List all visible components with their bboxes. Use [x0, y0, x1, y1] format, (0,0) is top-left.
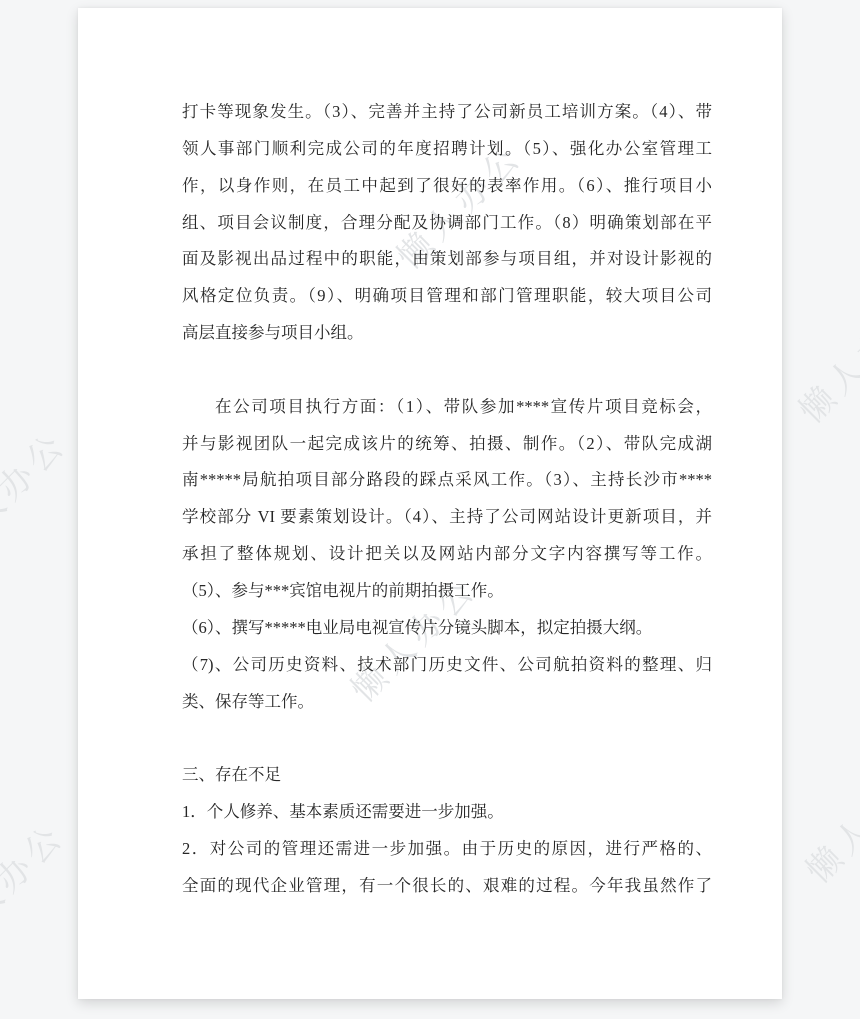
document-content: 打卡等现象发生。（3）、完善并主持了公司新员工培训方案。（4）、带领人事部门顺利…: [182, 94, 712, 905]
document-line: 在公司项目执行方面：（1）、带队参加****宣传片项目竞标会，: [182, 389, 712, 426]
document-line: 面及影视出品过程中的职能，由策划部参与项目组，并对设计影视的: [182, 241, 712, 278]
document-line: 承担了整体规划、设计把关以及网站内部分文字内容撰写等工作。: [182, 536, 712, 573]
watermark: 懒人办公: [0, 418, 76, 566]
document-viewer-background: 懒人办公 懒人办公 懒人办公 懒人办公 懒人办公 懒人办公 打卡等现象发生。（3…: [0, 0, 860, 1019]
document-line: 打卡等现象发生。（3）、完善并主持了公司新员工培训方案。（4）、带: [182, 94, 712, 131]
document-line: 领人事部门顺利完成公司的年度招聘计划。（5）、强化办公室管理工: [182, 131, 712, 168]
document-line: 三、存在不足: [182, 757, 712, 794]
document-line: （6）、撰写*****电业局电视宣传片分镜头脚本，拟定拍摄大纲。: [182, 610, 712, 647]
blank-line: [182, 352, 712, 389]
document-line: 南*****局航拍项目部分路段的踩点采风工作。（3）、主持长沙市****: [182, 462, 712, 499]
document-line: （7)、公司历史资料、技术部门历史文件、公司航拍资料的整理、归: [182, 647, 712, 684]
blank-line: [182, 720, 712, 757]
document-line: 作，以身作则，在员工中起到了很好的表率作用。（6）、推行项目小: [182, 168, 712, 205]
document-line: 全面的现代企业管理，有一个很长的、艰难的过程。今年我虽然作了: [182, 868, 712, 905]
document-line: 并与影视团队一起完成该片的统筹、拍摄、制作。（2）、带队完成湖: [182, 426, 712, 463]
document-line: 风格定位负责。（9）、明确项目管理和部门管理职能，较大项目公司: [182, 278, 712, 315]
document-line: 1．个人修养、基本素质还需要进一步加强。: [182, 794, 712, 831]
document-line: 学校部分 VI 要素策划设计。（4）、主持了公司网站设计更新项目，并: [182, 499, 712, 536]
document-line: 2．对公司的管理还需进一步加强。由于历史的原因，进行严格的、: [182, 831, 712, 868]
watermark: 懒人办公: [786, 284, 860, 432]
document-line: 高层直接参与项目小组。: [182, 315, 712, 352]
document-line: 类、保存等工作。: [182, 684, 712, 721]
document-line: （5）、参与***宾馆电视片的前期拍摄工作。: [182, 573, 712, 610]
document-line: 组、项目会议制度，合理分配及协调部门工作。（8）明确策划部在平: [182, 205, 712, 242]
watermark: 懒人办公: [793, 744, 860, 892]
watermark: 懒人办公: [0, 810, 74, 958]
